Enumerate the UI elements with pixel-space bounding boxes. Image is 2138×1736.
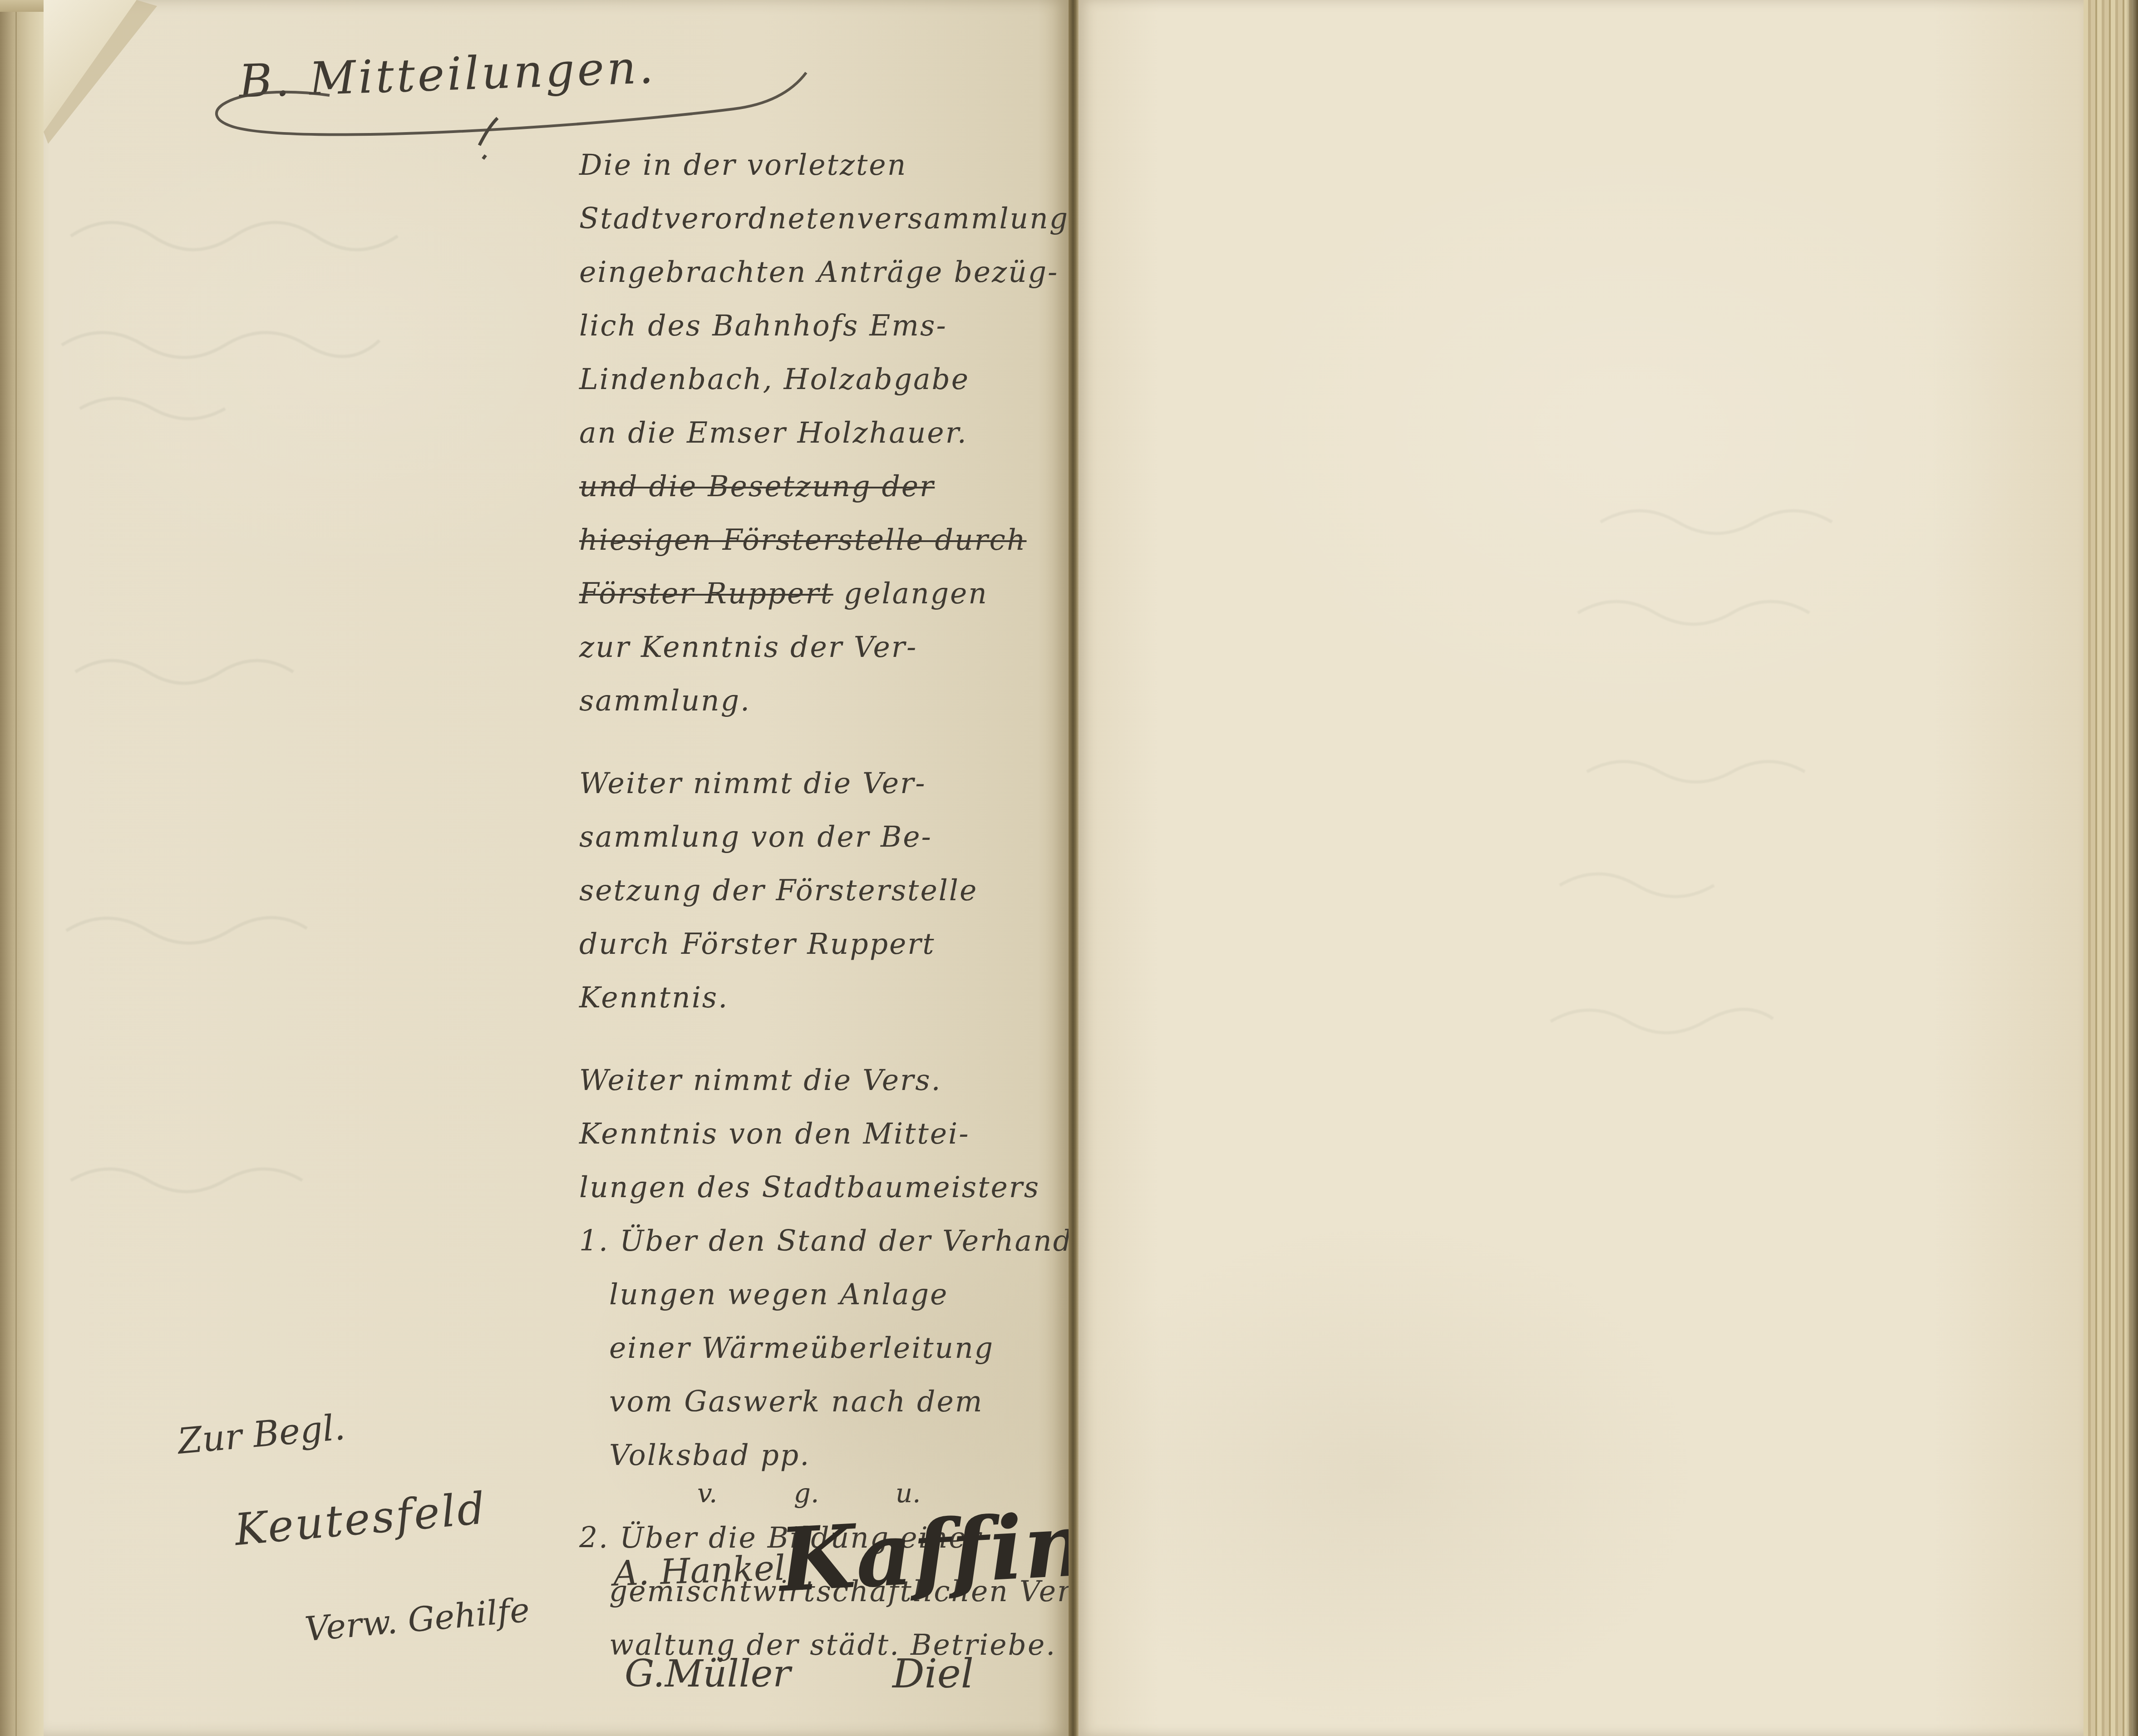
struck-words: Förster Ruppert bbox=[579, 577, 833, 610]
signature-diel: Diel bbox=[892, 1650, 974, 1697]
book-right-page-stack-edge bbox=[2084, 0, 2138, 1736]
attestation-title: Verw. Gehilfe bbox=[303, 1591, 531, 1649]
unstruck-words: gelangen bbox=[833, 577, 988, 610]
book-left-page-edge bbox=[0, 0, 44, 1736]
dog-ear-corner bbox=[44, 0, 157, 150]
showthrough-handwriting-right bbox=[1079, 0, 2084, 1736]
left-page: B. Mitteilungen. Die in der vorletzten S… bbox=[44, 0, 1069, 1736]
attestation-signature: Keutesfeld bbox=[232, 1483, 489, 1555]
right-page: der letzten Sitzung, zu der die Mitglied… bbox=[1079, 0, 2084, 1736]
signature-hankel: A. Hankel bbox=[613, 1547, 786, 1593]
book-gutter bbox=[1069, 0, 1079, 1736]
signature-mueller: G.Müller bbox=[625, 1652, 791, 1696]
attestation-note: Zur Begl. bbox=[176, 1407, 347, 1462]
manuscript-spread: B. Mitteilungen. Die in der vorletzten S… bbox=[0, 0, 2138, 1736]
